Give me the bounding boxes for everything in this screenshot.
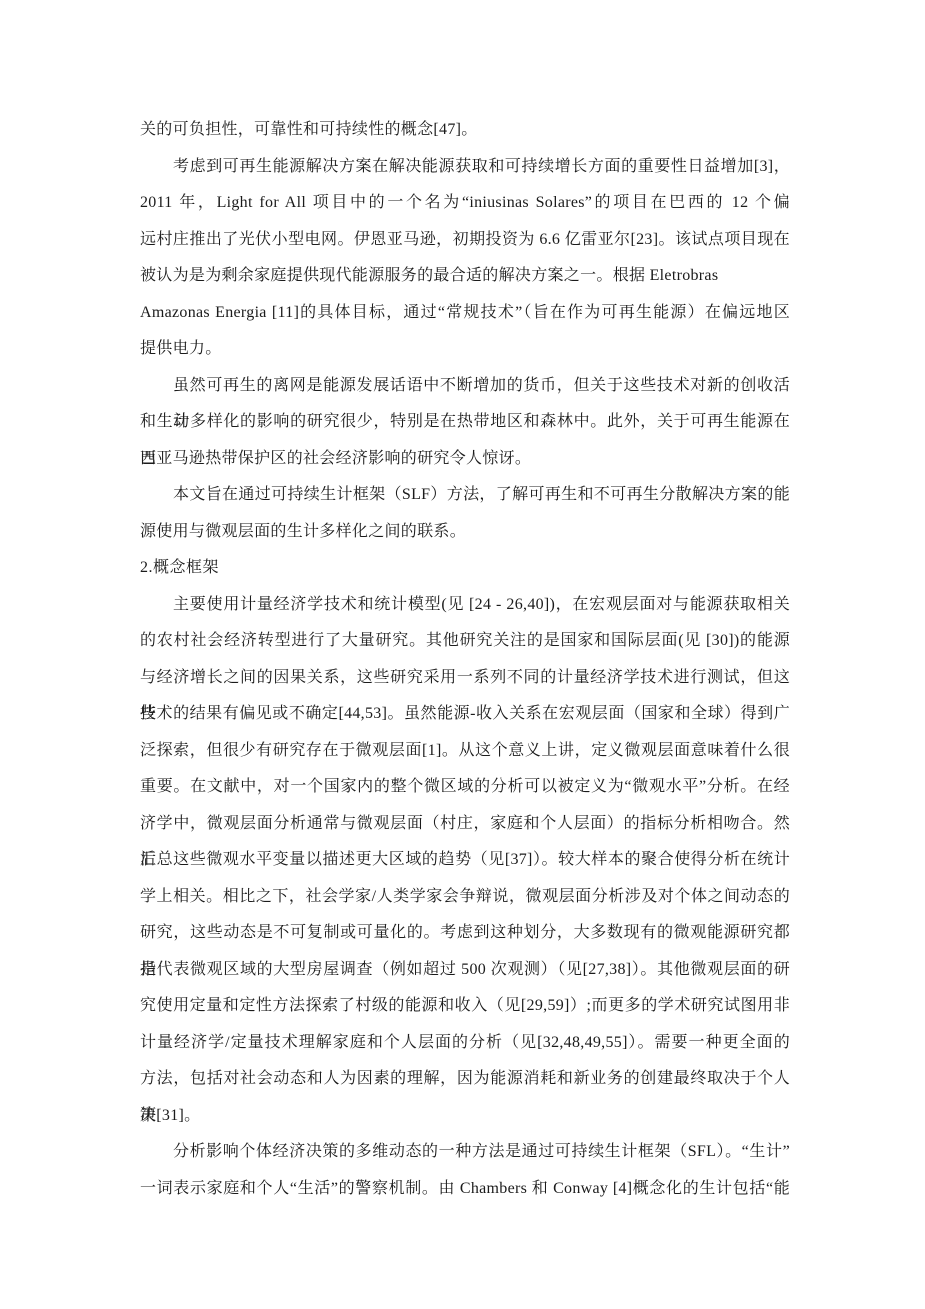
text-line: 虽然可再生的离网是能源发展话语中不断增加的货币，但关于这些技术对新的创收活动 (140, 368, 790, 405)
text-line: 学上相关。相比之下，社会学家/人类学家会争辩说，微观层面分析涉及对个体之间动态的 (140, 879, 790, 916)
text-line: 的农村社会经济转型进行了大量研究。其他研究关注的是国家和国际层面(见 [30])… (140, 623, 790, 660)
text-line: 计量经济学/定量技术理解家庭和个人层面的分析（见[32,48,49,55]）。需… (140, 1025, 790, 1062)
text-line: 提供电力。 (140, 331, 790, 368)
document-body: 关的可负担性，可靠性和可持续性的概念[47]。考虑到可再生能源解决方案在解决能源… (140, 112, 790, 1207)
text-line: 源使用与微观层面的生计多样化之间的联系。 (140, 514, 790, 551)
text-line: 策[31]。 (140, 1098, 790, 1135)
paragraph-sustainable-livelihoods: 分析影响个体经济决策的多维动态的一种方法是通过可持续生计框架（SFL）。“生计”… (140, 1134, 790, 1207)
text-line: 西亚马逊热带保护区的社会经济影响的研究令人惊讶。 (140, 441, 790, 478)
text-line: 究使用定量和定性方法探索了村级的能源和收入（见[29,59]）;而更多的学术研究… (140, 988, 790, 1025)
text-line: 分析影响个体经济决策的多维动态的一种方法是通过可持续生计框架（SFL）。“生计” (140, 1134, 790, 1171)
paragraph-aim: 本文旨在通过可持续生计框架（SLF）方法，了解可再生和不可再生分散解决方案的能源… (140, 477, 790, 550)
text-line: 关的可负担性，可靠性和可持续性的概念[47]。 (140, 112, 790, 149)
text-line: 方法，包括对社会动态和人为因素的理解，因为能源消耗和新业务的创建最终取决于个人决 (140, 1061, 790, 1098)
document-page: 关的可负担性，可靠性和可持续性的概念[47]。考虑到可再生能源解决方案在解决能源… (0, 0, 925, 1309)
text-line: 被认为是为剩余家庭提供现代能源服务的最合适的解决方案之一。根据 Eletrobr… (140, 258, 790, 295)
text-line: 和生计多样化的影响的研究很少，特别是在热带地区和森林中。此外，关于可再生能源在巴 (140, 404, 790, 441)
paragraph-light-for-all: 考虑到可再生能源解决方案在解决能源获取和可持续增长方面的重要性日益增加[3]，2… (140, 149, 790, 368)
text-line: 重要。在文献中，对一个国家内的整个微区域的分析可以被定义为“微观水平”分析。在经 (140, 769, 790, 806)
text-line: 2011 年，Light for All 项目中的一个名为“iniusinas … (140, 185, 790, 222)
text-line: 与经济增长之间的因果关系，这些研究采用一系列不同的计量经济学技术进行测试，但这些 (140, 660, 790, 697)
text-line: 汇总这些微观水平变量以描述更大区域的趋势（见[37]）。较大样本的聚合使得分析在… (140, 842, 790, 879)
section-heading-text: 2.概念框架 (140, 550, 790, 587)
text-line: 技术的结果有偏见或不确定[44,53]。虽然能源-收入关系在宏观层面（国家和全球… (140, 696, 790, 733)
text-line: 研究，这些动态是不可复制或可量化的。考虑到这种划分，大多数现有的微观能源研究都是 (140, 915, 790, 952)
section-heading-conceptual-framework: 2.概念框架 (140, 550, 790, 587)
paragraph-macro-micro-analysis: 主要使用计量经济学技术和统计模型(见 [24 - 26,40])，在宏观层面对与… (140, 587, 790, 1135)
text-line: 指代表微观区域的大型房屋调查（例如超过 500 次观测）（见[27,38]）。其… (140, 952, 790, 989)
paragraph-research-gap: 虽然可再生的离网是能源发展话语中不断增加的货币，但关于这些技术对新的创收活动和生… (140, 368, 790, 478)
text-line: 济学中，微观层面分析通常与微观层面（村庄，家庭和个人层面）的指标分析相吻合。然后 (140, 806, 790, 843)
text-line: Amazonas Energia [11]的具体目标，通过“常规技术”（旨在作为… (140, 295, 790, 332)
text-line: 考虑到可再生能源解决方案在解决能源获取和可持续增长方面的重要性日益增加[3]， (140, 149, 790, 186)
text-line: 一词表示家庭和个人“生活”的警察机制。由 Chambers 和 Conway [… (140, 1171, 790, 1208)
text-line: 泛探索，但很少有研究存在于微观层面[1]。从这个意义上讲，定义微观层面意味着什么… (140, 733, 790, 770)
text-line: 主要使用计量经济学技术和统计模型(见 [24 - 26,40])，在宏观层面对与… (140, 587, 790, 624)
text-line: 远村庄推出了光伏小型电网。伊恩亚马逊，初期投资为 6.6 亿雷亚尔[23]。该试… (140, 222, 790, 259)
text-line: 本文旨在通过可持续生计框架（SLF）方法，了解可再生和不可再生分散解决方案的能 (140, 477, 790, 514)
paragraph-intro-continuation: 关的可负担性，可靠性和可持续性的概念[47]。 (140, 112, 790, 149)
